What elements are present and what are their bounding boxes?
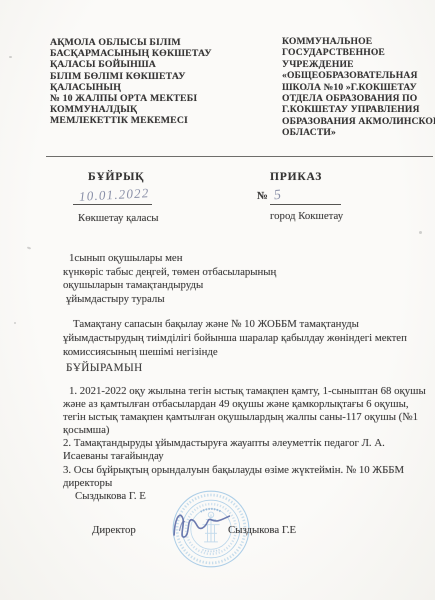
letterhead-kazakh: АҚМОЛА ОБЛЫСЫ БІЛІМ БАСҚАРМАСЫНЫҢ КӨКШЕТ… bbox=[50, 37, 212, 127]
preamble-line: ұйымдастырудың тиімділігі бойынша шарала… bbox=[63, 332, 407, 346]
item-line: 3. Осы бұйрықтың орындалуын бақылауды өз… bbox=[63, 464, 426, 477]
subject-line: оқушыларын тамақтандыруды bbox=[63, 279, 276, 293]
item-line: 2. Тамақтандыруды ұйымдастыруға жауапты … bbox=[63, 437, 426, 450]
handwritten-date: 10.01.2022 bbox=[79, 185, 150, 205]
letterhead-kk-line: БІЛІМ БӨЛІМІ КӨКШЕТАУ bbox=[50, 71, 212, 82]
letterhead-kk-line: БАСҚАРМАСЫНЫҢ КӨКШЕТАУ bbox=[50, 48, 212, 59]
item-line: 1. 2021-2022 оқу жылына тегін ыстық тама… bbox=[63, 385, 426, 398]
place-kazakh: Көкшетау қаласы bbox=[78, 212, 159, 224]
scan-speck bbox=[9, 56, 12, 58]
resolution-word: БҰЙЫРАМЫН bbox=[66, 362, 143, 374]
preamble-line: комиссиясының шешімі негізінде bbox=[63, 346, 407, 360]
letterhead-kk-line: № 10 ЖАЛПЫ ОРТА МЕКТЕБІ bbox=[50, 93, 212, 104]
letterhead-kk-line: ҚАЛАСЫНЫҢ bbox=[50, 82, 212, 93]
handwritten-order-number: 5 bbox=[273, 188, 282, 205]
letterhead-kk-line: ҚАЛАСЫ БОЙЫНША bbox=[50, 59, 212, 70]
letterhead-ru-line: ШКОЛА №10 »Г.КОКШЕТАУ bbox=[282, 82, 435, 93]
scan-speck bbox=[27, 246, 31, 249]
director-role-label: Директор bbox=[92, 524, 136, 536]
order-preamble: Тамақтану сапасын бақылау және № 10 ЖОББ… bbox=[63, 318, 407, 360]
number-underline bbox=[270, 204, 341, 205]
letterhead-ru-line: ОБЛАСТИ» bbox=[282, 127, 435, 138]
letterhead-ru-line: ОБРАЗОВАНИЯ АКМОЛИНСКОЙ bbox=[282, 116, 435, 127]
scan-speck bbox=[14, 322, 16, 324]
scanned-order-page: АҚМОЛА ОБЛЫСЫ БІЛІМ БАСҚАРМАСЫНЫҢ КӨКШЕТ… bbox=[0, 0, 435, 600]
date-underline bbox=[73, 204, 152, 205]
order-title-kazakh: БҰЙРЫҚ bbox=[88, 171, 144, 183]
preamble-line: Тамақтану сапасын бақылау және № 10 ЖОББ… bbox=[63, 318, 407, 332]
director-name: Сыздыкова Г.Е bbox=[228, 524, 296, 536]
letterhead-kk-line: КОММУНАЛДЫҚ bbox=[50, 104, 212, 115]
letterhead-kk-line: МЕМЛЕКЕТТІК МЕКЕМЕСІ bbox=[50, 115, 212, 126]
letterhead-ru-line: КОММУНАЛЬНОЕ bbox=[282, 36, 435, 47]
signature-stroke bbox=[169, 501, 235, 545]
letterhead-ru-line: ОТДЕЛА ОБРАЗОВАНИЯ ПО bbox=[282, 93, 435, 104]
letterhead-ru-line: Г.КОКШЕТАУ УПРАВЛЕНИЯ bbox=[282, 104, 435, 115]
order-title-russian: ПРИКАЗ bbox=[270, 171, 322, 183]
item-line: тегін ыстық тамақпен қамтылған оқушылард… bbox=[63, 411, 426, 424]
place-russian: город Кокшетау bbox=[270, 210, 343, 222]
header-divider-line bbox=[46, 156, 433, 157]
letterhead-ru-line: «ОБЩЕОБРАЗОВАТЕЛЬНАЯ bbox=[282, 70, 435, 81]
letterhead-russian: КОММУНАЛЬНОЕ ГОСУДАРСТВЕННОЕ УЧРЕЖДЕНИЕ … bbox=[282, 36, 435, 139]
item-line: және аз қамтылған отбасылардан 49 оқушы … bbox=[63, 398, 426, 411]
letterhead-kk-line: АҚМОЛА ОБЛЫСЫ БІЛІМ bbox=[50, 37, 212, 48]
scan-speck bbox=[419, 231, 422, 234]
subject-line: ұйымдастыру туралы bbox=[63, 293, 276, 307]
letterhead-ru-line: ГОСУДАРСТВЕННОЕ bbox=[282, 47, 435, 58]
subject-line: күнкөріс табыс деңгей, төмен отбасыларын… bbox=[63, 266, 276, 280]
item-line: қосымша) bbox=[63, 424, 426, 437]
scan-speck bbox=[373, 52, 375, 56]
order-subject: 1сынып оқушылары мен күнкөріс табыс деңг… bbox=[63, 252, 276, 306]
director-signature bbox=[169, 501, 235, 545]
letterhead-ru-line: УЧРЕЖДЕНИЕ bbox=[282, 59, 435, 70]
subject-line: 1сынып оқушылары мен bbox=[63, 252, 276, 266]
item-line: Исаеваны тағайындау bbox=[63, 450, 426, 463]
order-number-label: № bbox=[257, 190, 268, 202]
